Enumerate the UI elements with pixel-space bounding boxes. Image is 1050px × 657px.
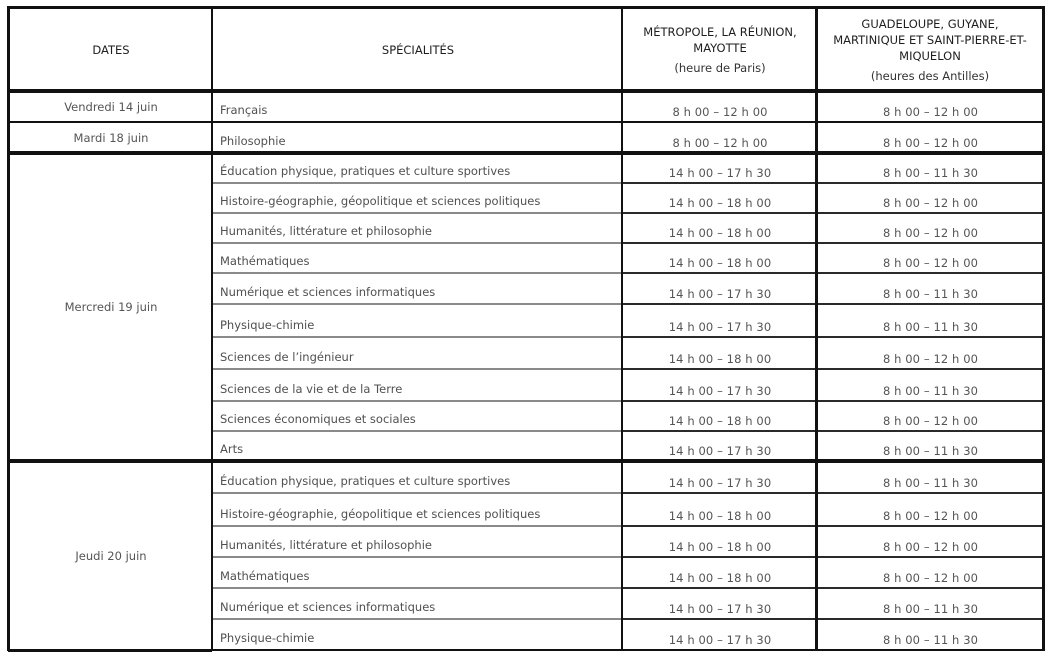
- metropole-time-cell-text: 14 h 00 – 17 h 30: [669, 320, 772, 334]
- header-specialites: SPÉCIALITÉS: [214, 8, 622, 91]
- antilles-time-cell-text: 8 h 00 – 11 h 30: [883, 320, 978, 334]
- metropole-time-cell-text: 14 h 00 – 18 h 00: [669, 352, 772, 366]
- specialite-cell: Sciences de la vie et de la Terre: [214, 369, 622, 401]
- antilles-time-cell-text: 8 h 00 – 12 h 00: [883, 571, 978, 585]
- antilles-time-cell-text: 8 h 00 – 12 h 00: [883, 226, 978, 240]
- metropole-time-cell-text: 14 h 00 – 17 h 30: [669, 287, 772, 301]
- metropole-time-cell: 14 h 00 – 17 h 30: [624, 619, 816, 650]
- antilles-time-cell: 8 h 00 – 12 h 00: [818, 401, 1043, 431]
- specialite-cell-text: Histoire-géographie, géopolitique et sci…: [220, 194, 540, 208]
- specialite-cell-text: Français: [220, 103, 267, 117]
- antilles-time-cell: 8 h 00 – 12 h 00: [818, 122, 1043, 153]
- header-metropole-subtitle: (heure de Paris): [674, 60, 765, 76]
- specialite-cell: Éducation physique, pratiques et culture…: [214, 461, 622, 493]
- date-cell: Mardi 18 juin: [10, 122, 212, 153]
- specialite-cell: Sciences de l’ingénieur: [214, 337, 622, 369]
- specialite-cell-text: Sciences économiques et sociales: [220, 412, 416, 426]
- metropole-time-cell: 8 h 00 – 12 h 00: [624, 122, 816, 153]
- antilles-time-cell: 8 h 00 – 11 h 30: [818, 461, 1043, 493]
- column-divider: [7, 6, 10, 651]
- antilles-time-cell-text: 8 h 00 – 11 h 30: [883, 166, 978, 180]
- antilles-time-cell: 8 h 00 – 12 h 00: [818, 91, 1043, 122]
- specialite-cell-text: Physique-chimie: [220, 318, 314, 332]
- metropole-time-cell-text: 8 h 00 – 12 h 00: [672, 105, 767, 119]
- metropole-time-cell-text: 8 h 00 – 12 h 00: [672, 136, 767, 150]
- exam-schedule-table: DATES SPÉCIALITÉS MÉTROPOLE, LA RÉUNION,…: [0, 0, 1050, 657]
- metropole-time-cell: 14 h 00 – 17 h 30: [624, 461, 816, 493]
- antilles-time-cell-text: 8 h 00 – 12 h 00: [883, 509, 978, 523]
- metropole-time-cell-text: 14 h 00 – 17 h 30: [669, 384, 772, 398]
- metropole-time-cell-text: 14 h 00 – 18 h 00: [669, 414, 772, 428]
- metropole-time-cell: 14 h 00 – 17 h 30: [624, 273, 816, 304]
- metropole-time-cell-text: 14 h 00 – 17 h 30: [669, 602, 772, 616]
- row-divider: [212, 649, 1043, 651]
- specialite-cell-text: Éducation physique, pratiques et culture…: [220, 164, 510, 178]
- specialite-cell-text: Humanités, littérature et philosophie: [220, 538, 432, 552]
- specialite-cell: Arts: [214, 431, 622, 461]
- antilles-time-cell: 8 h 00 – 11 h 30: [818, 273, 1043, 304]
- specialite-cell: Mathématiques: [214, 243, 622, 273]
- header-dates: DATES: [10, 8, 212, 91]
- row-divider: [8, 6, 1043, 9]
- metropole-time-cell-text: 14 h 00 – 17 h 30: [669, 444, 772, 458]
- specialite-cell-text: Physique-chimie: [220, 631, 314, 645]
- metropole-time-cell-text: 14 h 00 – 18 h 00: [669, 256, 772, 270]
- metropole-time-cell: 14 h 00 – 17 h 30: [624, 431, 816, 461]
- specialite-cell: Humanités, littérature et philosophie: [214, 213, 622, 243]
- metropole-time-cell: 14 h 00 – 18 h 00: [624, 243, 816, 273]
- specialite-cell: Physique-chimie: [214, 304, 622, 337]
- antilles-time-cell-text: 8 h 00 – 12 h 00: [883, 105, 978, 119]
- header-antilles-line3: MIQUELON: [899, 48, 961, 64]
- antilles-time-cell: 8 h 00 – 11 h 30: [818, 153, 1043, 183]
- header-antilles-subtitle: (heures des Antilles): [871, 68, 989, 84]
- specialite-cell: Mathématiques: [214, 557, 622, 588]
- antilles-time-cell: 8 h 00 – 12 h 00: [818, 243, 1043, 273]
- column-divider: [211, 6, 213, 651]
- antilles-time-cell-text: 8 h 00 – 12 h 00: [883, 196, 978, 210]
- metropole-time-cell: 14 h 00 – 17 h 30: [624, 304, 816, 337]
- row-divider: [8, 89, 1043, 93]
- antilles-time-cell: 8 h 00 – 12 h 00: [818, 213, 1043, 243]
- metropole-time-cell-text: 14 h 00 – 17 h 30: [669, 633, 772, 647]
- antilles-time-cell: 8 h 00 – 12 h 00: [818, 337, 1043, 369]
- metropole-time-cell: 14 h 00 – 17 h 30: [624, 153, 816, 183]
- header-metropole-line1: MÉTROPOLE, LA RÉUNION,: [643, 24, 796, 40]
- header-antilles: GUADELOUPE, GUYANE, MARTINIQUE ET SAINT-…: [818, 8, 1042, 91]
- header-antilles-line1: GUADELOUPE, GUYANE,: [861, 16, 998, 32]
- metropole-time-cell: 14 h 00 – 18 h 00: [624, 337, 816, 369]
- specialite-cell: Sciences économiques et sociales: [214, 401, 622, 431]
- metropole-time-cell-text: 14 h 00 – 17 h 30: [669, 476, 772, 490]
- date-cell: Mercredi 19 juin: [10, 153, 212, 461]
- antilles-time-cell: 8 h 00 – 12 h 00: [818, 557, 1043, 588]
- date-cell-text: Mercredi 19 juin: [65, 300, 158, 314]
- antilles-time-cell-text: 8 h 00 – 11 h 30: [883, 384, 978, 398]
- specialite-cell: Histoire-géographie, géopolitique et sci…: [214, 493, 622, 526]
- header-metropole-line2: MAYOTTE: [693, 40, 746, 56]
- antilles-time-cell-text: 8 h 00 – 11 h 30: [883, 633, 978, 647]
- specialite-cell-text: Histoire-géographie, géopolitique et sci…: [220, 507, 540, 521]
- antilles-time-cell: 8 h 00 – 11 h 30: [818, 304, 1043, 337]
- specialite-cell: Histoire-géographie, géopolitique et sci…: [214, 183, 622, 213]
- metropole-time-cell: 14 h 00 – 18 h 00: [624, 557, 816, 588]
- specialite-cell-text: Éducation physique, pratiques et culture…: [220, 474, 510, 488]
- header-metropole: MÉTROPOLE, LA RÉUNION, MAYOTTE (heure de…: [624, 8, 816, 91]
- column-divider: [1042, 6, 1045, 651]
- metropole-time-cell: 8 h 00 – 12 h 00: [624, 91, 816, 122]
- antilles-time-cell: 8 h 00 – 12 h 00: [818, 526, 1043, 557]
- antilles-time-cell-text: 8 h 00 – 11 h 30: [883, 287, 978, 301]
- specialite-cell-text: Numérique et sciences informatiques: [220, 600, 435, 614]
- column-divider: [815, 6, 818, 651]
- metropole-time-cell: 14 h 00 – 17 h 30: [624, 588, 816, 619]
- antilles-time-cell-text: 8 h 00 – 11 h 30: [883, 602, 978, 616]
- specialite-cell-text: Arts: [220, 442, 243, 456]
- specialite-cell-text: Humanités, littérature et philosophie: [220, 224, 432, 238]
- antilles-time-cell: 8 h 00 – 11 h 30: [818, 431, 1043, 461]
- metropole-time-cell-text: 14 h 00 – 18 h 00: [669, 571, 772, 585]
- metropole-time-cell: 14 h 00 – 17 h 30: [624, 369, 816, 401]
- date-cell: Vendredi 14 juin: [10, 91, 212, 122]
- antilles-time-cell: 8 h 00 – 12 h 00: [818, 183, 1043, 213]
- antilles-time-cell-text: 8 h 00 – 12 h 00: [883, 256, 978, 270]
- metropole-time-cell-text: 14 h 00 – 18 h 00: [669, 540, 772, 554]
- specialite-cell-text: Mathématiques: [220, 254, 309, 268]
- header-antilles-line2: MARTINIQUE ET SAINT-PIERRE-ET-: [833, 32, 1027, 48]
- specialite-cell-text: Philosophie: [220, 134, 286, 148]
- row-divider: [8, 649, 212, 652]
- specialite-cell: Philosophie: [214, 122, 622, 153]
- column-divider: [621, 6, 623, 651]
- metropole-time-cell-text: 14 h 00 – 18 h 00: [669, 196, 772, 210]
- specialite-cell: Numérique et sciences informatiques: [214, 588, 622, 619]
- specialite-cell: Humanités, littérature et philosophie: [214, 526, 622, 557]
- antilles-time-cell-text: 8 h 00 – 12 h 00: [883, 540, 978, 554]
- antilles-time-cell: 8 h 00 – 12 h 00: [818, 493, 1043, 526]
- antilles-time-cell-text: 8 h 00 – 12 h 00: [883, 414, 978, 428]
- antilles-time-cell-text: 8 h 00 – 11 h 30: [883, 476, 978, 490]
- specialite-cell-text: Sciences de l’ingénieur: [220, 350, 354, 364]
- metropole-time-cell: 14 h 00 – 18 h 00: [624, 526, 816, 557]
- antilles-time-cell: 8 h 00 – 11 h 30: [818, 369, 1043, 401]
- header-dates-label: DATES: [92, 42, 129, 58]
- specialite-cell-text: Sciences de la vie et de la Terre: [220, 382, 402, 396]
- metropole-time-cell: 14 h 00 – 18 h 00: [624, 493, 816, 526]
- date-cell-text: Vendredi 14 juin: [64, 100, 158, 114]
- antilles-time-cell-text: 8 h 00 – 11 h 30: [883, 444, 978, 458]
- metropole-time-cell-text: 14 h 00 – 18 h 00: [669, 226, 772, 240]
- date-cell-text: Jeudi 20 juin: [75, 549, 146, 563]
- metropole-time-cell: 14 h 00 – 18 h 00: [624, 183, 816, 213]
- specialite-cell: Éducation physique, pratiques et culture…: [214, 153, 622, 183]
- metropole-time-cell: 14 h 00 – 18 h 00: [624, 401, 816, 431]
- header-specialites-label: SPÉCIALITÉS: [382, 42, 454, 58]
- specialite-cell-text: Numérique et sciences informatiques: [220, 285, 435, 299]
- specialite-cell: Français: [214, 91, 622, 122]
- date-cell: Jeudi 20 juin: [10, 461, 212, 650]
- metropole-time-cell: 14 h 00 – 18 h 00: [624, 213, 816, 243]
- specialite-cell: Numérique et sciences informatiques: [214, 273, 622, 304]
- antilles-time-cell: 8 h 00 – 11 h 30: [818, 588, 1043, 619]
- metropole-time-cell-text: 14 h 00 – 18 h 00: [669, 509, 772, 523]
- antilles-time-cell: 8 h 00 – 11 h 30: [818, 619, 1043, 650]
- antilles-time-cell-text: 8 h 00 – 12 h 00: [883, 352, 978, 366]
- antilles-time-cell-text: 8 h 00 – 12 h 00: [883, 136, 978, 150]
- specialite-cell-text: Mathématiques: [220, 569, 309, 583]
- specialite-cell: Physique-chimie: [214, 619, 622, 650]
- metropole-time-cell-text: 14 h 00 – 17 h 30: [669, 166, 772, 180]
- date-cell-text: Mardi 18 juin: [74, 131, 149, 145]
